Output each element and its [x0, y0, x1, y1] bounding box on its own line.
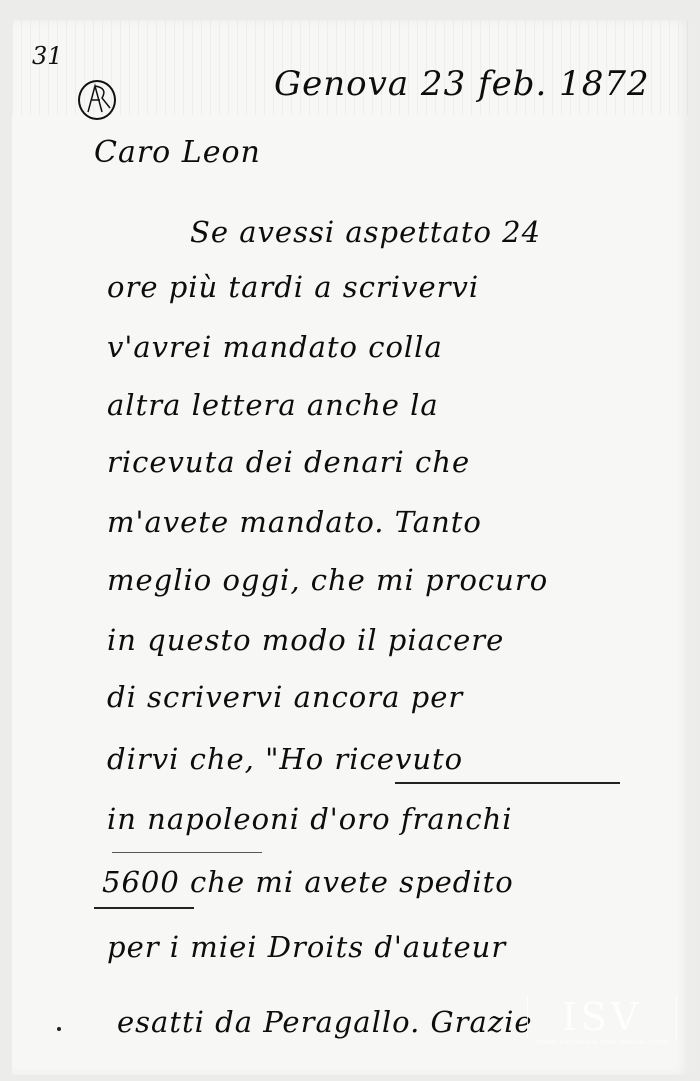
watermark-caption: Istituto Nazionale di Studi Verdiani - P… — [527, 1039, 677, 1047]
letter-page: 31 Genova 23 feb. 1872 Caro Leon Se aves… — [12, 20, 690, 1075]
archive-stamp-icon — [78, 80, 116, 120]
letter-line: 5600 che mi avete spedito — [102, 865, 514, 899]
letter-line: in napoleoni d'oro franchi — [107, 802, 513, 836]
letter-line: esatti da Peragallo. Grazie — [117, 1005, 533, 1039]
salutation: Caro Leon — [94, 135, 261, 170]
divider-rule — [112, 852, 262, 853]
letter-line: Se avessi aspettato 24 — [190, 215, 541, 249]
underline-ho-ricevuto — [395, 782, 620, 784]
ink-dot — [57, 1027, 61, 1031]
letter-line: ore più tardi a scrivervi — [107, 270, 479, 304]
date-line: Genova 23 feb. 1872 — [274, 64, 650, 104]
letter-line: in questo modo il piacere — [107, 623, 504, 657]
letter-line: per i miei Droits d'auteur — [107, 930, 506, 964]
page-number: 31 — [32, 42, 63, 70]
letter-line: dirvi che, "Ho ricevuto — [107, 742, 463, 776]
letter-line: di scrivervi ancora per — [107, 680, 463, 714]
letter-line: ricevuta dei denari che — [107, 445, 470, 479]
underline-amount — [94, 907, 194, 909]
archive-watermark: ISV Istituto Nazionale di Studi Verdiani… — [527, 995, 677, 1065]
letter-line: m'avete mandato. Tanto — [107, 505, 482, 539]
letter-line: v'avrei mandato colla — [107, 330, 443, 364]
letter-line: meglio oggi, che mi procuro — [107, 563, 548, 597]
letter-line: altra lettera anche la — [107, 388, 439, 422]
watermark-logo: ISV — [527, 995, 677, 1039]
